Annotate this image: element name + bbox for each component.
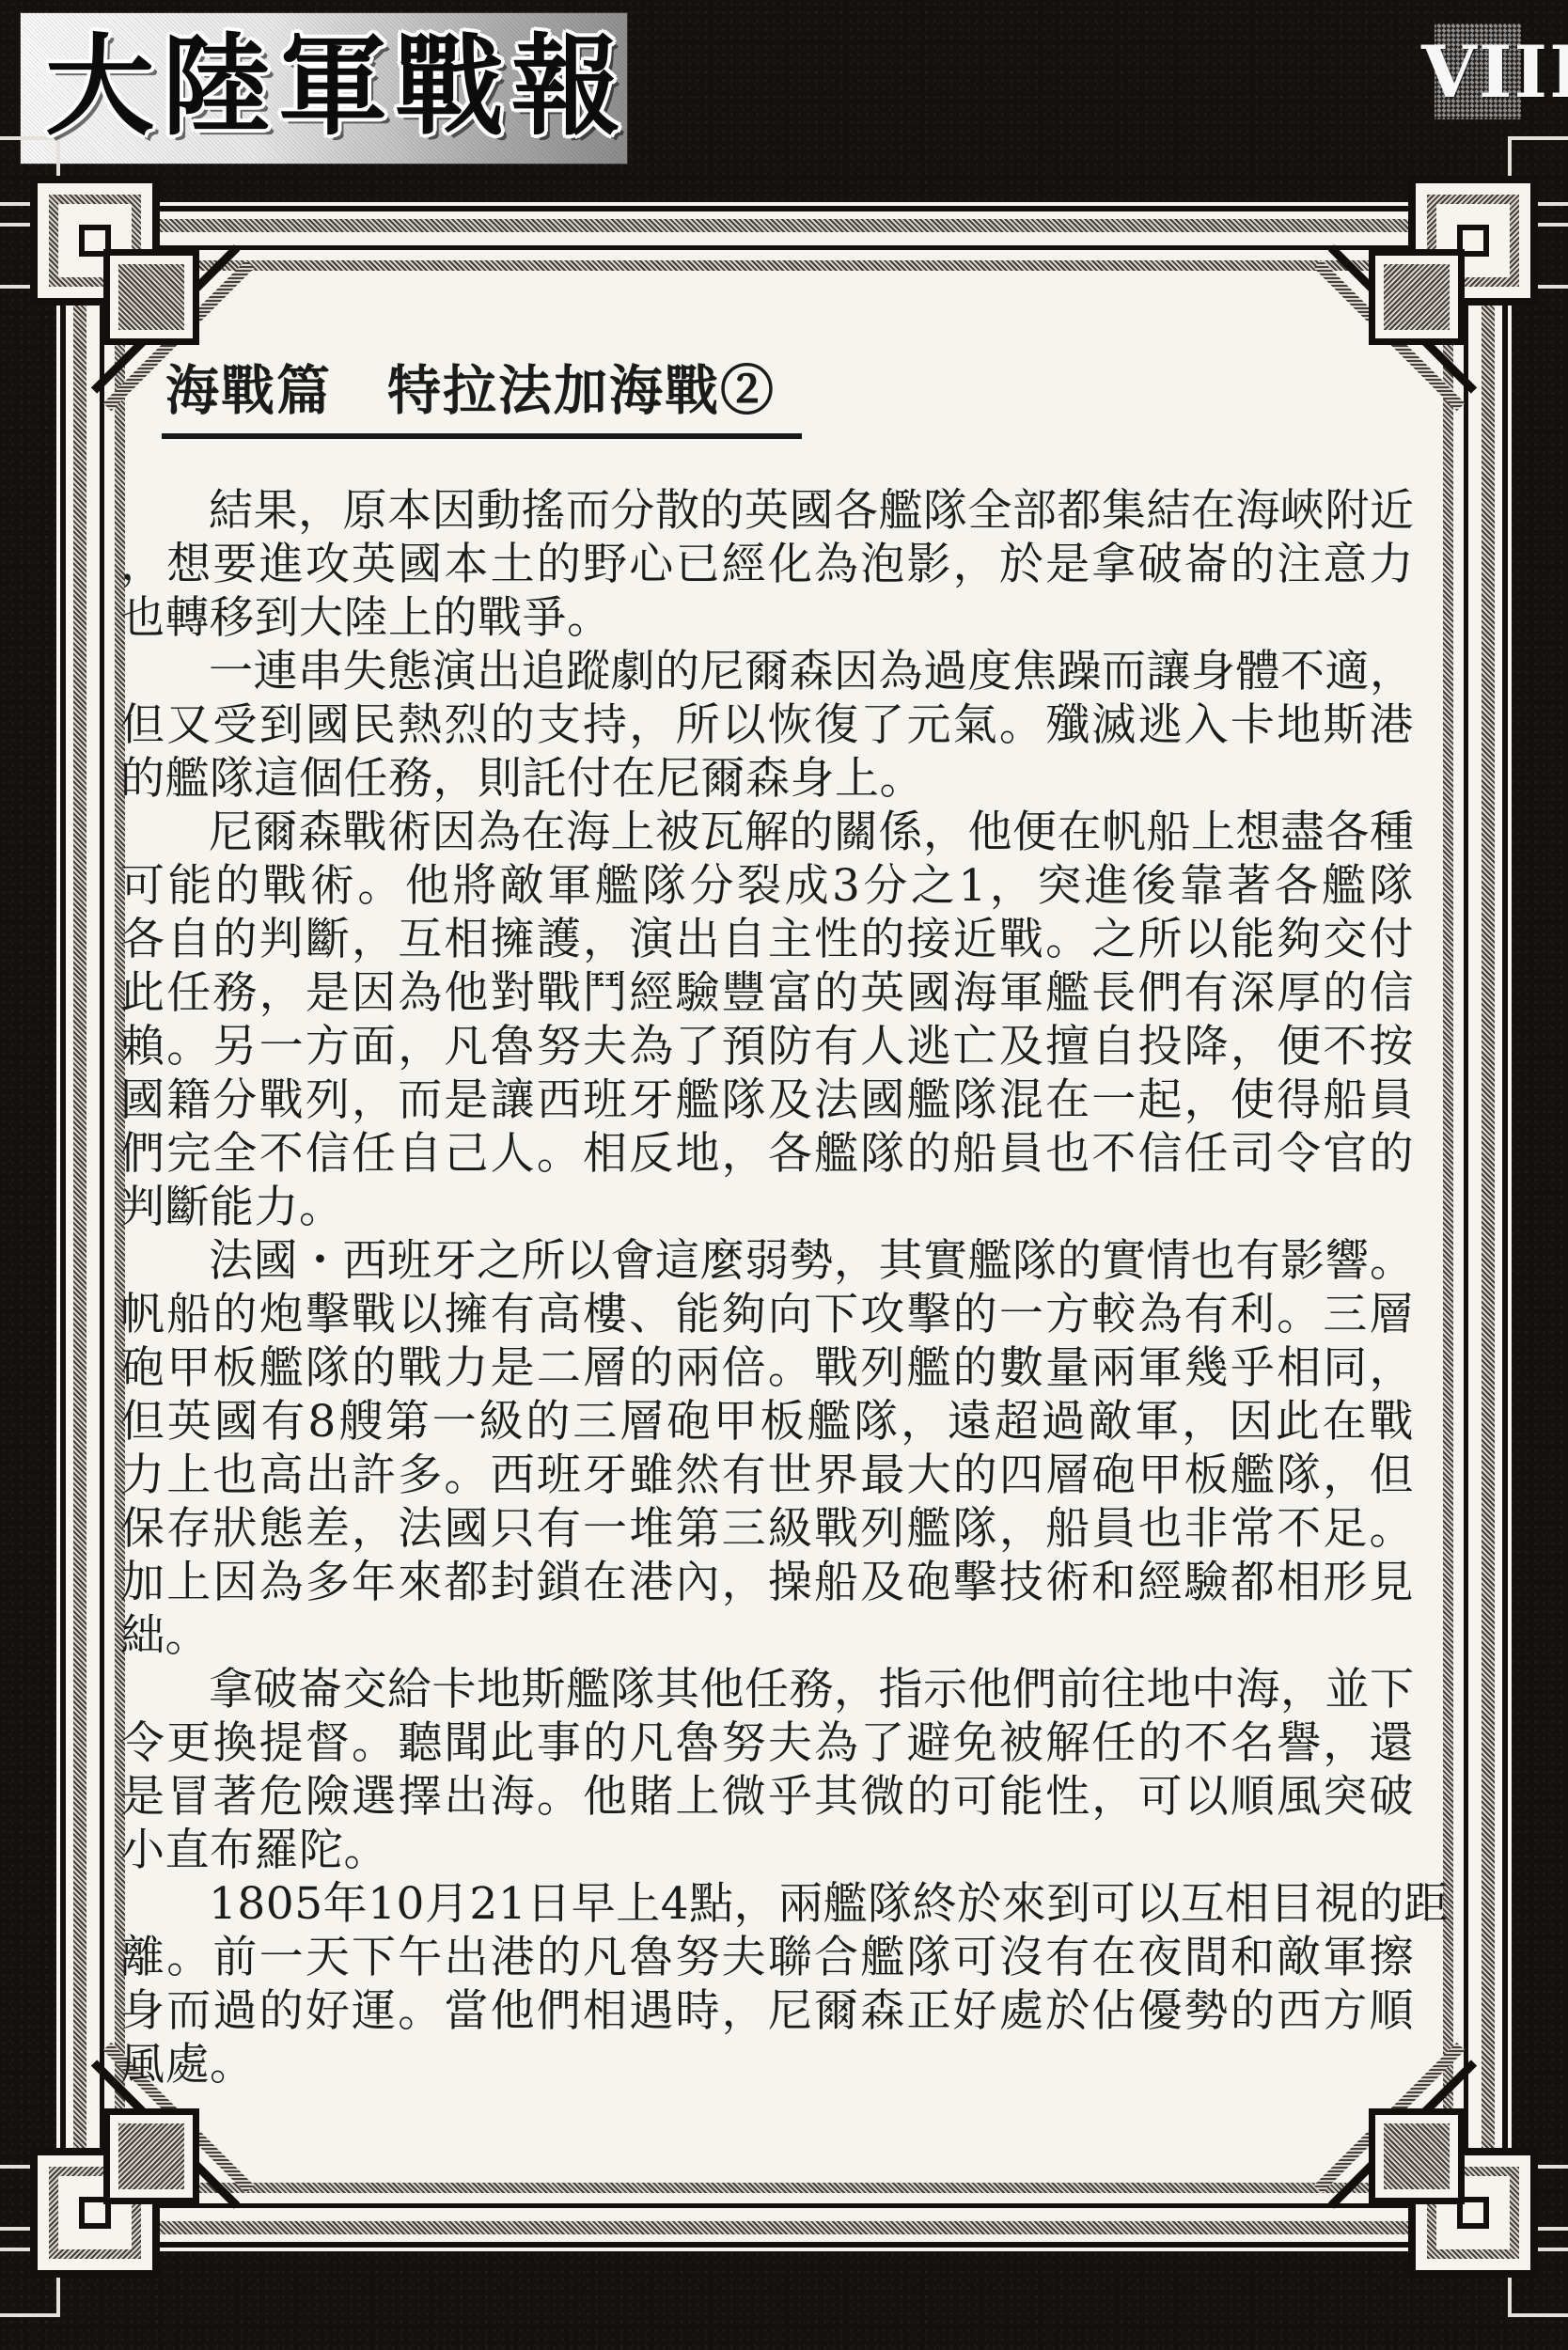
text-line: 保存狀態差，法國只有一堆第三級戰列艦隊，船員也非常不足。	[120, 1502, 1414, 1556]
text-line: 身而過的好運。當他們相遇時，尼爾森正好處於佔優勢的西方順	[120, 1984, 1414, 2038]
article: 海戰篇 特拉法加海戰② 結果，原本因動搖而分散的英國各艦隊全部都集結在海峽附近，…	[118, 360, 1450, 2091]
text-line: 可能的戰術。他將敵軍艦隊分裂成3分之1，突進後靠著各艦隊	[120, 859, 1414, 913]
text-line: 結果，原本因動搖而分散的英國各艦隊全部都集結在海峽附近	[120, 484, 1414, 538]
text-line: 尼爾森戰術因為在海上被瓦解的關係，他便在帆船上想盡各種	[120, 806, 1414, 859]
text-line: 此任務，是因為他對戰鬥經驗豐富的英國海軍艦長們有深厚的信	[120, 966, 1414, 1020]
text-line: 令更換提督。聽聞此事的凡魯努夫為了避免被解任的不名譽，還	[120, 1716, 1414, 1770]
text-line: 絀。	[120, 1609, 1414, 1663]
text-line: 國籍分戰列，而是讓西班牙艦隊及法國艦隊混在一起，使得船員	[120, 1073, 1414, 1127]
text-line: 小直布羅陀。	[120, 1824, 1414, 1877]
text-line: 但又受到國民熱烈的支持，所以恢復了元氣。殲滅逃入卡地斯港	[120, 698, 1414, 752]
text-line: 也轉移到大陸上的戰爭。	[120, 591, 1414, 645]
paper-sheet: 海戰篇 特拉法加海戰② 結果，原本因動搖而分散的英國各艦隊全部都集結在海峽附近，…	[56, 202, 1512, 2251]
text-line: 是冒著危險選擇出海。他賭上微乎其微的可能性，可以順風突破	[120, 1770, 1414, 1824]
text-line: 一連串失態演出追蹤劇的尼爾森因為過度焦躁而讓身體不適，	[120, 645, 1414, 698]
text-line: 判斷能力。	[120, 1181, 1414, 1234]
text-line: 各自的判斷，互相擁護，演出自主性的接近戰。之所以能夠交付	[120, 913, 1414, 966]
text-line: 1805年10月21日早上4點，兩艦隊終於來到可以互相目視的距	[120, 1877, 1414, 1931]
masthead-title: 大陸軍戰報	[21, 13, 627, 162]
text-line: 賴。另一方面，凡魯努夫為了預防有人逃亡及擅自投降，便不按	[120, 1020, 1414, 1073]
page-number-area: VIII	[1427, 23, 1521, 125]
text-line: 拿破崙交給卡地斯艦隊其他任務，指示他們前往地中海，並下	[120, 1663, 1414, 1716]
masthead-banner: 大陸軍戰報	[21, 13, 627, 164]
text-line: 帆船的炮擊戰以擁有高樓、能夠向下攻擊的一方較為有利。三層	[120, 1288, 1414, 1341]
text-line: 加上因為多年來都封鎖在港內，操船及砲擊技術和經驗都相形見	[120, 1556, 1414, 1609]
page-number: VIII	[1421, 29, 1568, 116]
text-line: 力上也高出許多。西班牙雖然有世界最大的四層砲甲板艦隊，但	[120, 1449, 1414, 1502]
text-line: 法國・西班牙之所以會這麼弱勢，其實艦隊的實情也有影響。	[120, 1234, 1414, 1288]
text-line: 但英國有8艘第一級的三層砲甲板艦隊，遠超過敵軍，因此在戰	[120, 1395, 1414, 1449]
text-line: 砲甲板艦隊的戰力是二層的兩倍。戰列艦的數量兩軍幾乎相同，	[120, 1341, 1414, 1395]
text-line: 離。前一天下午出港的凡魯努夫聯合艦隊可沒有在夜間和敵軍擦	[120, 1931, 1414, 1984]
article-body: 結果，原本因動搖而分散的英國各艦隊全部都集結在海峽附近，想要進攻英國本土的野心已…	[120, 484, 1414, 2091]
text-line: 的艦隊這個任務，則託付在尼爾森身上。	[120, 752, 1414, 806]
text-line: 們完全不信任自己人。相反地，各艦隊的船員也不信任司令官的	[120, 1127, 1414, 1181]
article-title: 海戰篇 特拉法加海戰②	[162, 360, 802, 439]
text-line: 風處。	[120, 2038, 1414, 2091]
text-line: ，想要進攻英國本土的野心已經化為泡影，於是拿破崙的注意力	[120, 538, 1414, 591]
scanned-page: 大陸軍戰報 VIII	[0, 0, 1568, 2350]
